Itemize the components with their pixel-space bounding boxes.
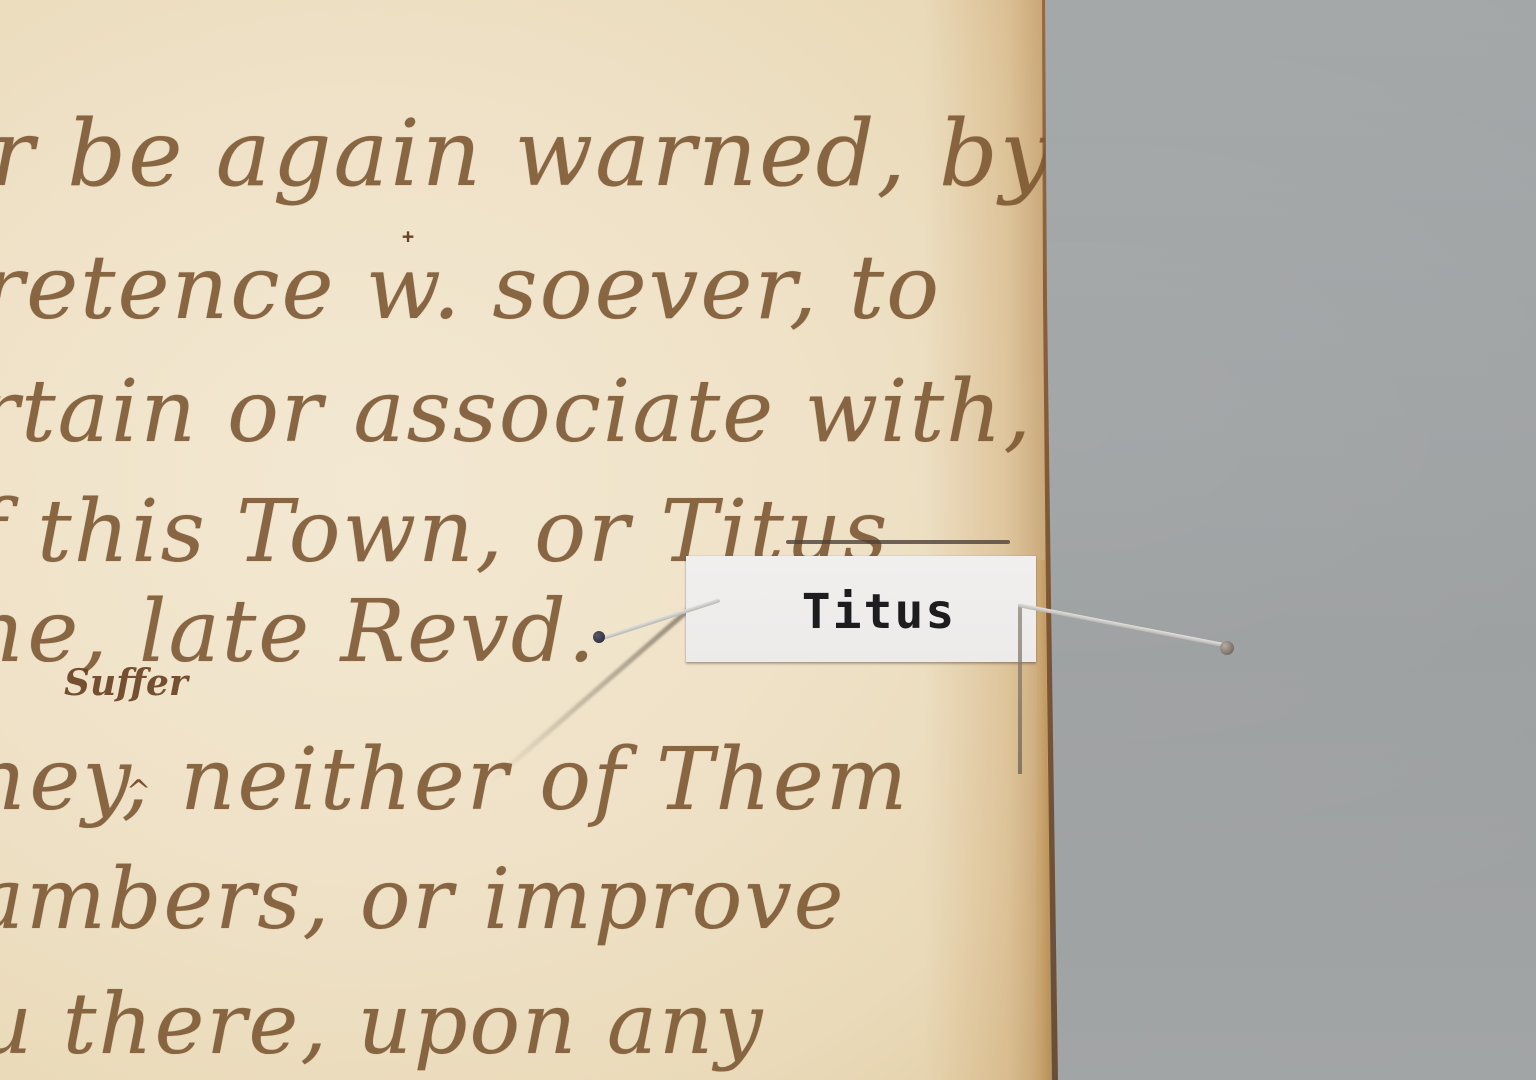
handwriting-line: u there, upon any <box>0 975 765 1073</box>
handwriting-line: retence w. soever, to <box>0 236 941 339</box>
typed-label-card: Titus <box>686 556 1036 662</box>
pin-head-icon <box>1220 641 1234 655</box>
handwriting-line: ambers, or improve <box>0 850 846 948</box>
pin-head-icon <box>593 631 605 643</box>
label-text: Titus <box>766 578 957 640</box>
insertion-caret: ^ <box>126 774 151 809</box>
interlinear-insertion: Suffer <box>64 662 188 704</box>
titus-underline <box>786 540 1010 544</box>
handwriting-line: rtain or associate with, <box>0 362 1033 462</box>
handwriting-line: r be again warned, by <box>0 100 1054 207</box>
manuscript-page: r be again warned, by ᐩ retence w. soeve… <box>0 0 1050 1080</box>
pin-shaft-vertical <box>1018 604 1022 774</box>
